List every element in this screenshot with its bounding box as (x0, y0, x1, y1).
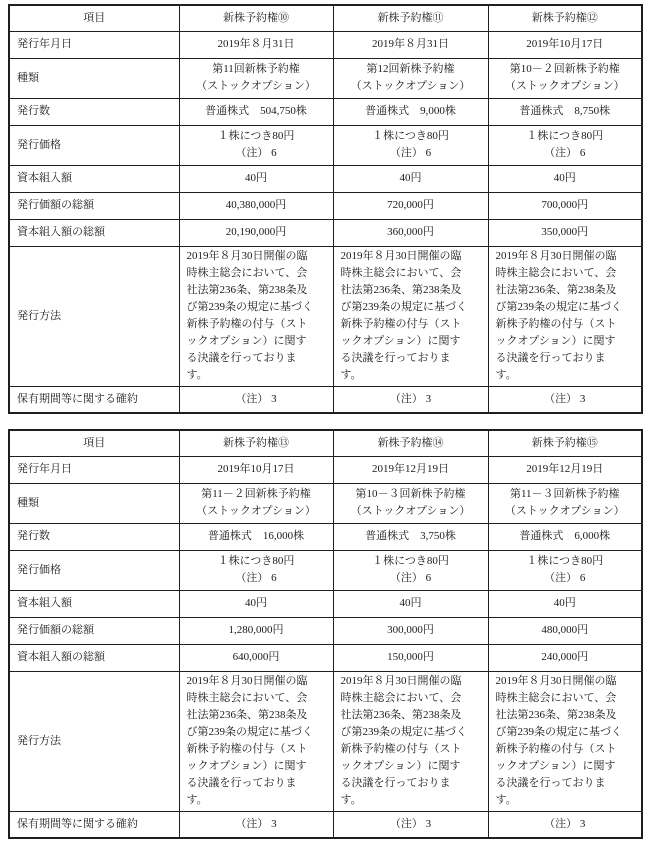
row-label: 種類 (9, 483, 179, 523)
table-cell: 640,000円 (179, 644, 333, 671)
table-cell: 第10－２回新株予約権 （ストックオプション） (488, 58, 642, 98)
row-label: 発行価格 (9, 550, 179, 590)
table-cell: 40円 (333, 590, 488, 617)
table-row: 発行数普通株式 504,750株普通株式 9,000株普通株式 8,750株 (9, 98, 642, 125)
table-cell: （注） 3 (488, 386, 642, 413)
table-cell: 40円 (488, 165, 642, 192)
rights-column-header: 新株予約権⑫ (488, 5, 642, 31)
table-cell: 40円 (179, 165, 333, 192)
table-row: 資本組入額40円40円40円 (9, 590, 642, 617)
row-label: 発行方法 (9, 246, 179, 386)
table-row: 発行価格１株につき80円 （注） 6１株につき80円 （注） 6１株につき80円… (9, 125, 642, 165)
table-cell: 700,000円 (488, 192, 642, 219)
table-cell: １株につき80円 （注） 6 (488, 125, 642, 165)
row-label: 発行年月日 (9, 456, 179, 483)
table-cell: 第11回新株予約権 （ストックオプション） (179, 58, 333, 98)
rights-column-header: 新株予約権⑮ (488, 430, 642, 456)
table-row: 発行年月日2019年10月17日2019年12月19日2019年12月19日 (9, 456, 642, 483)
table-cell: 普通株式 8,750株 (488, 98, 642, 125)
table-cell: 350,000円 (488, 219, 642, 246)
table-cell: １株につき80円 （注） 6 (179, 125, 333, 165)
table-cell: 普通株式 3,750株 (333, 523, 488, 550)
table-cell: 普通株式 504,750株 (179, 98, 333, 125)
table-cell: 2019年８月30日開催の臨 時株主総会において、会 社法第236条、第238条… (333, 246, 488, 386)
table-cell: （注） 3 (333, 811, 488, 838)
table-cell: 40円 (179, 590, 333, 617)
row-label: 保有期間等に関する確約 (9, 386, 179, 413)
table-cell: 2019年10月17日 (488, 31, 642, 58)
table-row: 資本組入額の総額20,190,000円360,000円350,000円 (9, 219, 642, 246)
table-cell: １株につき80円 （注） 6 (179, 550, 333, 590)
item-column-header: 項目 (9, 5, 179, 31)
row-label: 資本組入額 (9, 165, 179, 192)
table-row: 種類第11－２回新株予約権 （ストックオプション）第10－３回新株予約権 （スト… (9, 483, 642, 523)
table-cell: 第11－３回新株予約権 （ストックオプション） (488, 483, 642, 523)
table-row: 発行方法2019年８月30日開催の臨 時株主総会において、会 社法第236条、第… (9, 246, 642, 386)
table-row: 保有期間等に関する確約（注） 3（注） 3（注） 3 (9, 386, 642, 413)
table-row: 発行数普通株式 16,000株普通株式 3,750株普通株式 6,000株 (9, 523, 642, 550)
rights-column-header: 新株予約権⑪ (333, 5, 488, 31)
table-cell: 240,000円 (488, 644, 642, 671)
table-cell: 第11－２回新株予約権 （ストックオプション） (179, 483, 333, 523)
rights-column-header: 新株予約権⑭ (333, 430, 488, 456)
table-cell: 2019年８月30日開催の臨 時株主総会において、会 社法第236条、第238条… (333, 671, 488, 811)
table-cell: 1,280,000円 (179, 617, 333, 644)
header-row: 項目新株予約権⑩新株予約権⑪新株予約権⑫ (9, 5, 642, 31)
table-cell: 40円 (488, 590, 642, 617)
table-cell: 第12回新株予約権 （ストックオプション） (333, 58, 488, 98)
table-cell: 2019年12月19日 (488, 456, 642, 483)
row-label: 発行数 (9, 523, 179, 550)
stock-acquisition-rights-table-1: 項目新株予約権⑩新株予約権⑪新株予約権⑫発行年月日2019年８月31日2019年… (8, 0, 641, 414)
securities-table: 項目新株予約権⑩新株予約権⑪新株予約権⑫発行年月日2019年８月31日2019年… (8, 4, 643, 414)
table-row: 発行価格１株につき80円 （注） 6１株につき80円 （注） 6１株につき80円… (9, 550, 642, 590)
table-cell: 40円 (333, 165, 488, 192)
row-label: 種類 (9, 58, 179, 98)
table-row: 資本組入額40円40円40円 (9, 165, 642, 192)
table-cell: （注） 3 (488, 811, 642, 838)
table-row: 種類第11回新株予約権 （ストックオプション）第12回新株予約権 （ストックオプ… (9, 58, 642, 98)
table-cell: 360,000円 (333, 219, 488, 246)
table-cell: （注） 3 (333, 386, 488, 413)
table-cell: 2019年８月30日開催の臨 時株主総会において、会 社法第236条、第238条… (179, 246, 333, 386)
table-row: 発行年月日2019年８月31日2019年８月31日2019年10月17日 (9, 31, 642, 58)
row-label: 発行方法 (9, 671, 179, 811)
item-column-header: 項目 (9, 430, 179, 456)
table-cell: 2019年10月17日 (179, 456, 333, 483)
table-cell: 2019年12月19日 (333, 456, 488, 483)
table-cell: 普通株式 16,000株 (179, 523, 333, 550)
table-cell: １株につき80円 （注） 6 (333, 125, 488, 165)
row-label: 発行価格 (9, 125, 179, 165)
securities-table: 項目新株予約権⑬新株予約権⑭新株予約権⑮発行年月日2019年10月17日2019… (8, 429, 643, 839)
table-cell: 2019年８月31日 (179, 31, 333, 58)
table-row: 発行価額の総額1,280,000円300,000円480,000円 (9, 617, 642, 644)
table-row: 保有期間等に関する確約（注） 3（注） 3（注） 3 (9, 811, 642, 838)
table-cell: （注） 3 (179, 386, 333, 413)
table-cell: 720,000円 (333, 192, 488, 219)
table-cell: １株につき80円 （注） 6 (333, 550, 488, 590)
row-label: 発行価額の総額 (9, 192, 179, 219)
row-label: 発行年月日 (9, 31, 179, 58)
rights-column-header: 新株予約権⑩ (179, 5, 333, 31)
table-cell: 普通株式 9,000株 (333, 98, 488, 125)
table-cell: （注） 3 (179, 811, 333, 838)
table-cell: 2019年８月30日開催の臨 時株主総会において、会 社法第236条、第238条… (179, 671, 333, 811)
header-row: 項目新株予約権⑬新株予約権⑭新株予約権⑮ (9, 430, 642, 456)
table-cell: 20,190,000円 (179, 219, 333, 246)
table-cell: 40,380,000円 (179, 192, 333, 219)
document-page: 項目新株予約権⑩新株予約権⑪新株予約権⑫発行年月日2019年８月31日2019年… (0, 0, 649, 843)
rights-column-header: 新株予約権⑬ (179, 430, 333, 456)
row-label: 資本組入額の総額 (9, 644, 179, 671)
table-cell: 普通株式 6,000株 (488, 523, 642, 550)
row-label: 資本組入額 (9, 590, 179, 617)
stock-acquisition-rights-table-2: 項目新株予約権⑬新株予約権⑭新株予約権⑮発行年月日2019年10月17日2019… (8, 414, 641, 839)
table-row: 資本組入額の総額640,000円150,000円240,000円 (9, 644, 642, 671)
table-cell: 150,000円 (333, 644, 488, 671)
row-label: 保有期間等に関する確約 (9, 811, 179, 838)
table-cell: １株につき80円 （注） 6 (488, 550, 642, 590)
table-cell: 300,000円 (333, 617, 488, 644)
table-cell: 2019年８月30日開催の臨 時株主総会において、会 社法第236条、第238条… (488, 671, 642, 811)
row-label: 発行数 (9, 98, 179, 125)
table-cell: 第10－３回新株予約権 （ストックオプション） (333, 483, 488, 523)
row-label: 発行価額の総額 (9, 617, 179, 644)
row-label: 資本組入額の総額 (9, 219, 179, 246)
table-row: 発行方法2019年８月30日開催の臨 時株主総会において、会 社法第236条、第… (9, 671, 642, 811)
table-row: 発行価額の総額40,380,000円720,000円700,000円 (9, 192, 642, 219)
table-cell: 2019年８月30日開催の臨 時株主総会において、会 社法第236条、第238条… (488, 246, 642, 386)
table-cell: 2019年８月31日 (333, 31, 488, 58)
table-cell: 480,000円 (488, 617, 642, 644)
